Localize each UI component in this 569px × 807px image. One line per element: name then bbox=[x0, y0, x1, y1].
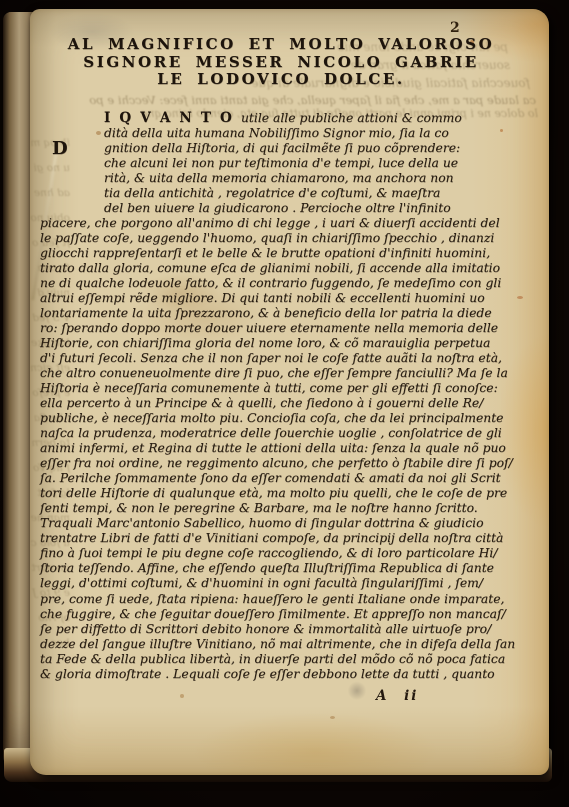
heading-line: AL MAGNIFICO ET MOLTO VALOROSO bbox=[42, 36, 520, 54]
heading-line: LE LODOVICO DOLCE. bbox=[42, 71, 520, 89]
text-line: eſſer fra noi ordine, ne reggimento alcu… bbox=[40, 456, 528, 471]
text-line: tia della antichità , regolatrice d'e co… bbox=[104, 186, 528, 201]
text-line: Hiſtorie, con chiariſſima gloria del nom… bbox=[40, 336, 528, 351]
page-number: 2 bbox=[450, 20, 460, 36]
bleedthrough-text: ca laude par a me, che fia il ſaper quel… bbox=[38, 93, 536, 107]
text-line: rità, & uita della memoria chiamarono, m… bbox=[104, 171, 528, 186]
text-line: Traquali Marc'antonio Sabellico, huomo d… bbox=[40, 516, 528, 531]
text-line: tirato dalla gloria, comune eſca de glia… bbox=[40, 261, 528, 276]
signature-mark: A ii bbox=[376, 688, 418, 704]
text-line: publiche, è neceſſaria molto piu. Concio… bbox=[40, 411, 528, 426]
text-line: altrui eſſempi rẽde migliore. Di qui tan… bbox=[40, 291, 528, 306]
foxing-spot bbox=[330, 716, 335, 719]
text-line: d'i futuri ſecoli. Senza che il non ſape… bbox=[40, 351, 528, 366]
text-line: ſtoria teſſendo. Affine, che eſſendo que… bbox=[40, 561, 528, 576]
dedication-heading: AL MAGNIFICO ET MOLTO VALOROSO SIGNORE M… bbox=[42, 36, 520, 89]
text-line: trentatre Libri de fatti d'e Vinitiani c… bbox=[40, 531, 528, 546]
text-line: dità della uita humana Nobiliſſimo Signo… bbox=[104, 126, 528, 141]
text-line: del ben uiuere la giudicarono . Percioch… bbox=[104, 201, 528, 216]
text-line: dezze del ſangue illuſtre Vinitiano, nõ … bbox=[40, 637, 528, 652]
text-line: ſenti tempi, & non le peregrine & Barbar… bbox=[40, 501, 528, 516]
drop-cap-initial: D bbox=[52, 141, 68, 156]
text-line: Hiſtoria è neceſſaria comunemente à tutt… bbox=[40, 381, 528, 396]
text-line: ne di qualche lodeuole fatto, & il contr… bbox=[40, 276, 528, 291]
opening-lines: dità della uita humana Nobiliſſimo Signo… bbox=[104, 126, 528, 216]
text-line: naſca la prudenza, moderatrice delle ſou… bbox=[40, 426, 528, 441]
incipit-caps: I Q V A N T O bbox=[104, 110, 234, 126]
text-line: fino à ſuoi tempi le piu degne coſe racc… bbox=[40, 546, 528, 561]
heading-line: SIGNORE MESSER NICOLO GABRIE bbox=[42, 54, 520, 72]
foxing-spot bbox=[180, 694, 184, 698]
text-line: ella percerto à un Principe & à quelli, … bbox=[40, 396, 528, 411]
text-line: leggi, d'ottimi coſtumi, & d'huomini in … bbox=[40, 576, 528, 591]
text-line: tori delle Hiſtorie di qualunque età, ma… bbox=[40, 486, 528, 501]
dedication-text: D I Q V A N T Outile alle publiche attio… bbox=[40, 111, 528, 682]
text-line: & gloria dimoſtrate . Lequali coſe ſe eſ… bbox=[40, 667, 528, 682]
book-page: pe lan oigi ze ando ibne mio souerchia f… bbox=[30, 9, 549, 775]
text-line: che alcuni lei non pur teſtimonia d'e te… bbox=[104, 156, 528, 171]
text-line: lontariamente la uita ſprezzarono, & à b… bbox=[40, 306, 528, 321]
body-lines: piacere, che porgono all'animo di chi le… bbox=[40, 216, 528, 681]
photo-background: pe lan oigi ze ando ibne mio souerchia f… bbox=[0, 0, 569, 807]
text-line: ſa. Perilche ſommamente ſono da eſſer co… bbox=[40, 471, 528, 486]
text-line: ſe per diffetto di Scrittori debito hono… bbox=[40, 622, 528, 637]
text-line: che altro conueneuolmente dire ſi puo, c… bbox=[40, 366, 528, 381]
text-line: le paſſate coſe, ueggendo l'huomo, quaſi… bbox=[40, 231, 528, 246]
text-line: gliocchi rappreſentarſi et le belle & le… bbox=[40, 246, 528, 261]
text-line: ta Fede & della publica libertà, in diue… bbox=[40, 652, 528, 667]
text-line: piacere, che porgono all'animo di chi le… bbox=[40, 216, 528, 231]
text-line: animi infermi, et Regina di tutte le att… bbox=[40, 441, 528, 456]
text-line: ro: ſperando doppo morte douer uiuere et… bbox=[40, 321, 528, 336]
text-line: pre, come ſi uede, ſtata ripiena: haueſſ… bbox=[40, 592, 528, 607]
text-line: I Q V A N T Outile alle publiche attioni… bbox=[104, 111, 528, 126]
incipit-rest: utile alle publiche attioni & commo bbox=[241, 111, 462, 125]
text-line: gnition della Hiſtoria, di qui facilmẽte… bbox=[104, 141, 528, 156]
opening-block: I Q V A N T Outile alle publiche attioni… bbox=[104, 111, 528, 216]
text-line: che fuggire, & che ſeguitar doueſſero ſi… bbox=[40, 607, 528, 622]
